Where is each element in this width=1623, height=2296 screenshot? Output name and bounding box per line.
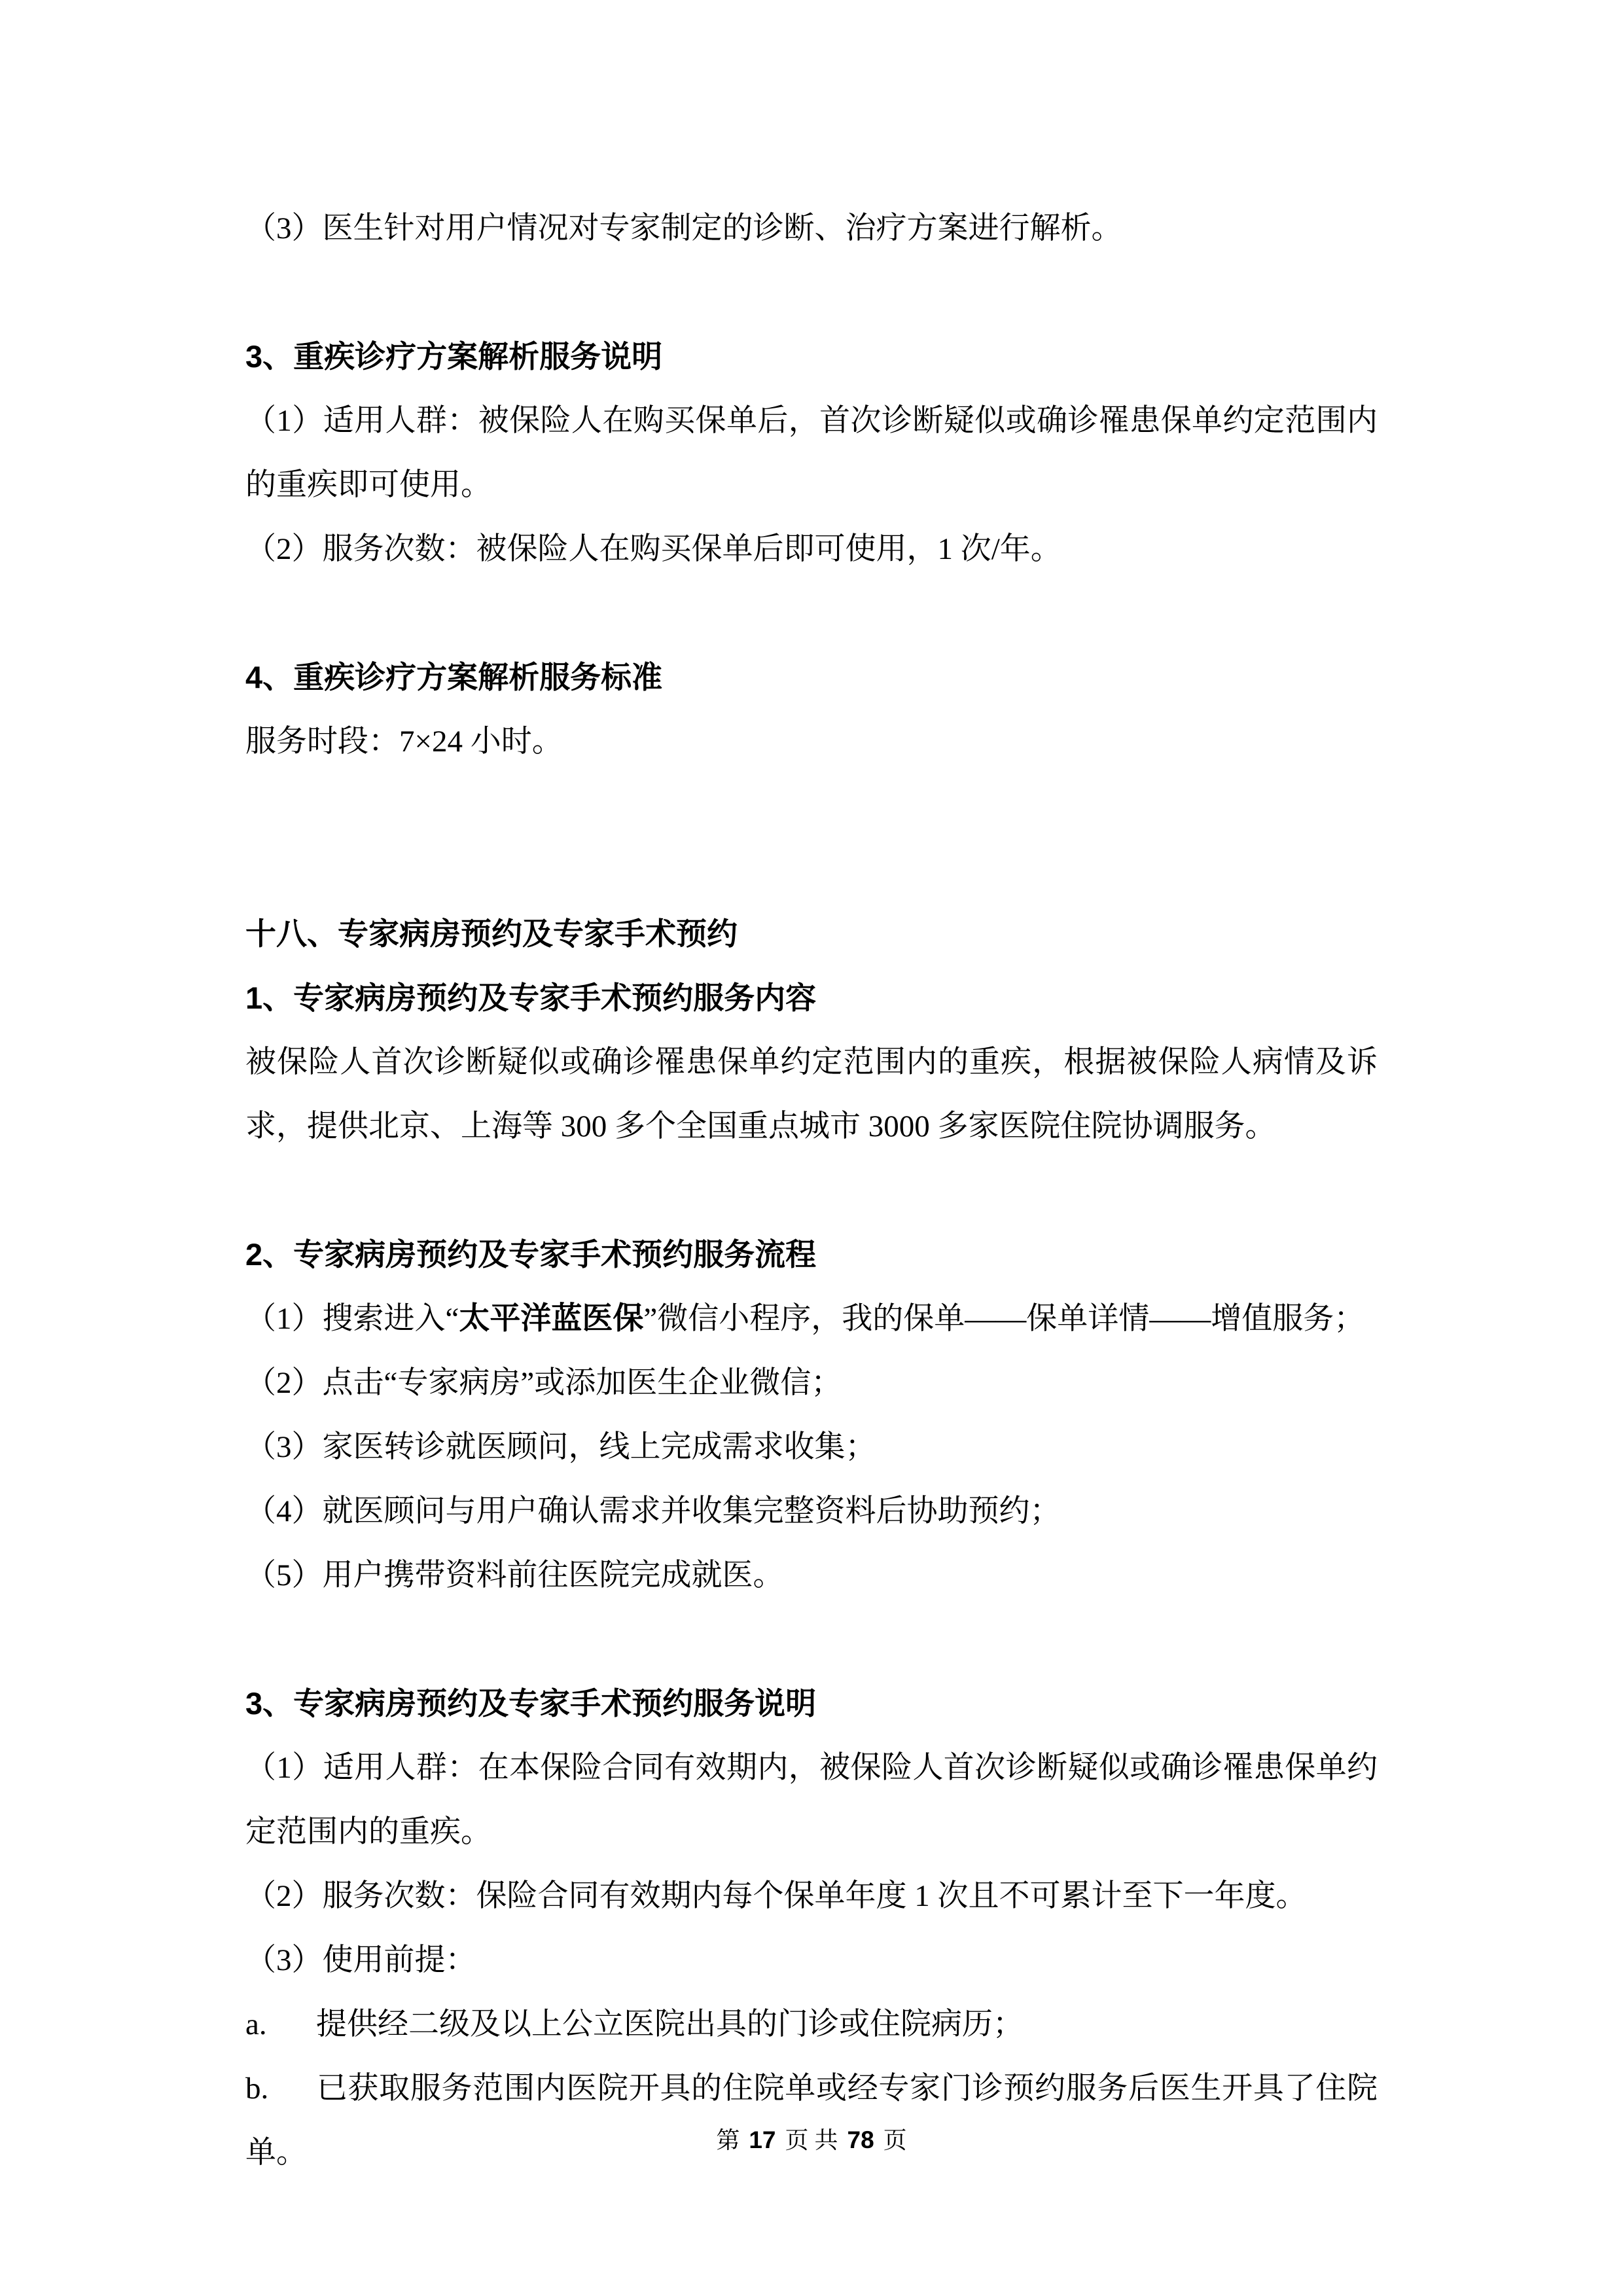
document-body: （3）医生针对用户情况对专家制定的诊断、治疗方案进行解析。3、重疾诊疗方案解析服… <box>245 196 1378 2185</box>
list-item-marker: a. <box>245 1992 316 2056</box>
paragraph: （4）就医顾问与用户确认需求并收集完整资料后协助预约； <box>245 1479 1378 1543</box>
footer-page-number: 17 <box>749 2126 776 2153</box>
paragraph: （5）用户携带资料前往医院完成就医。 <box>245 1543 1378 1607</box>
list-item-marker: b. <box>245 2056 316 2121</box>
text-segment: （1）搜索进入“ <box>245 1302 459 1336</box>
section-heading: 4、重疾诊疗方案解析服务标准 <box>245 645 1378 709</box>
paragraph: （3）使用前提： <box>245 1928 1378 1992</box>
document-page: （3）医生针对用户情况对专家制定的诊断、治疗方案进行解析。3、重疾诊疗方案解析服… <box>0 0 1623 2296</box>
paragraph: （2）服务次数：被保险人在购买保单后即可使用，1 次/年。 <box>245 517 1378 581</box>
list-item: a.提供经二级及以上公立医院出具的门诊或住院病历； <box>245 1992 1378 2056</box>
section-heading: 1、专家病房预约及专家手术预约服务内容 <box>245 966 1378 1030</box>
paragraph: 被保险人首次诊断疑似或确诊罹患保单约定范围内的重疾，根据被保险人病情及诉求，提供… <box>245 1030 1378 1158</box>
emphasized-text: 太平洋蓝医保 <box>459 1302 643 1336</box>
section-heading: 3、专家病房预约及专家手术预约服务说明 <box>245 1672 1378 1736</box>
list-item-text: 提供经二级及以上公立医院出具的门诊或住院病历； <box>316 2007 1024 2041</box>
section-heading: 3、重疾诊疗方案解析服务说明 <box>245 325 1378 389</box>
paragraph: （2）服务次数：保险合同有效期内每个保单年度 1 次且不可累计至下一年度。 <box>245 1864 1378 1928</box>
paragraph: （1）适用人群：在本保险合同有效期内，被保险人首次诊断疑似或确诊罹患保单约定范围… <box>245 1736 1378 1864</box>
list-item: b.已获取服务范围内医院开具的住院单或经专家门诊预约服务后医生开具了住院单。 <box>245 2056 1378 2185</box>
footer-middle: 页 共 <box>785 2127 838 2153</box>
section-heading: 2、专家病房预约及专家手术预约服务流程 <box>245 1223 1378 1287</box>
paragraph: （1）搜索进入“太平洋蓝医保”微信小程序，我的保单——保单详情——增值服务； <box>245 1287 1378 1351</box>
paragraph: （3）家医转诊就医顾问，线上完成需求收集； <box>245 1415 1378 1479</box>
paragraph: 服务时段：7×24 小时。 <box>245 709 1378 774</box>
footer-prefix: 第 <box>716 2127 740 2153</box>
paragraph: （1）适用人群：被保险人在购买保单后，首次诊断疑似或确诊罹患保单约定范围内的重疾… <box>245 389 1378 517</box>
footer-suffix: 页 <box>883 2127 907 2153</box>
text-segment: ”微信小程序，我的保单——保单详情——增值服务； <box>643 1302 1364 1336</box>
page-footer: 第17页 共78页 <box>0 2122 1623 2159</box>
section-heading: 十八、专家病房预约及专家手术预约 <box>245 902 1378 966</box>
paragraph: （3）医生针对用户情况对专家制定的诊断、治疗方案进行解析。 <box>245 196 1378 260</box>
footer-total-pages: 78 <box>847 2126 874 2153</box>
paragraph: （2）点击“专家病房”或添加医生企业微信； <box>245 1351 1378 1415</box>
